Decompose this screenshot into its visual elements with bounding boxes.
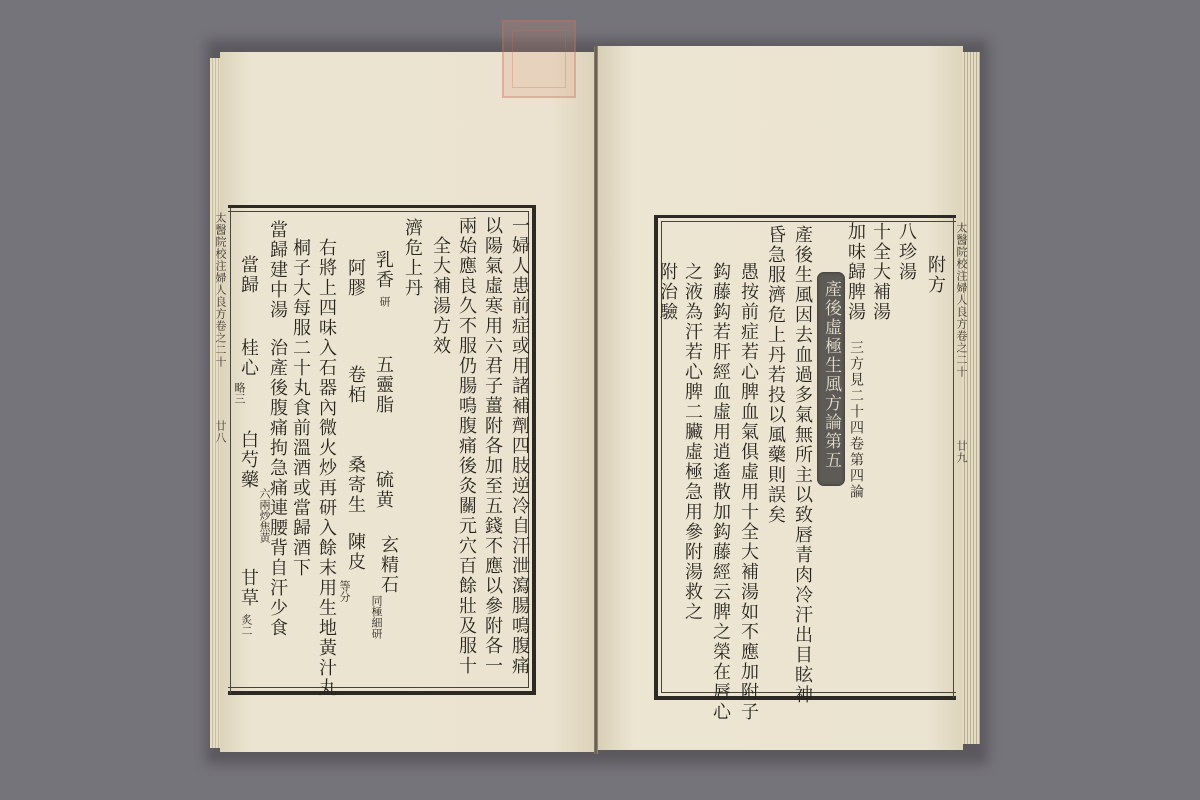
book-gutter [594, 46, 598, 754]
ingredient-note: 同極細研 [370, 595, 382, 639]
text-column: 之液為汗若心脾二臟虛極急用參附湯救之 [682, 262, 702, 622]
ingredient: 玄精石 [378, 535, 398, 595]
ingredient-note: 等分 [338, 580, 350, 602]
ingredient: 卷栢 [345, 365, 365, 405]
ingredient-note: 研 [378, 296, 390, 307]
cross-reference-note: 三方見二十四卷第四論 [848, 340, 864, 500]
text-column: 鈎藤鈎若肝經血虛用逍遙散加鈎藤經云脾之榮在唇心 [710, 262, 730, 722]
ingredient-note: 六兩炒焦黄 [246, 488, 270, 548]
ingredient: 桂心 [238, 338, 258, 378]
right-fold-rule [953, 218, 954, 698]
text-column: 右將上四味入石器內微火炒再研入餘末用生地黃汁丸 [316, 238, 336, 698]
ingredient: 桑寄生 [345, 455, 365, 515]
text-column: 兩始應良久不服仍腸鳴腹痛後灸關元穴百餘壯及服十 [456, 216, 476, 676]
ingredient: 甘草 [238, 568, 258, 608]
text-column: 產後生風因去血過多氣無所主以致唇青肉冷汗出目眩神 [792, 225, 812, 705]
chapter-label-block: 產後虛極生風方論第五 [817, 272, 845, 486]
text-column: 一婦人患前症或用諸補劑四肢逆冷自汗泄瀉腸鳴腹痛 [509, 216, 529, 676]
seal-inner-border [512, 30, 566, 88]
right-page-edges [962, 52, 980, 744]
text-column: 全大補湯方效 [430, 236, 450, 356]
formula-name: 加味歸脾湯 [845, 222, 865, 322]
ingredient: 陳皮 [345, 532, 365, 572]
text-column: 以陽氣虛寒用六君子薑附各加至五錢不應以參附各一 [482, 216, 502, 676]
ingredient: 白芍藥 [238, 430, 258, 490]
ingredient: 硫黄 [373, 470, 393, 510]
recipe-title: 濟危上丹 [402, 218, 422, 298]
ingredient-note: 炙二 [240, 614, 252, 636]
text-column: 愚按前症若心脾血氣俱虛用十全大補湯如不應加附子 [738, 262, 758, 722]
left-fold-title: 太醫院校注婦人良方卷之二十 [214, 212, 226, 368]
ingredient: 乳香 [373, 250, 393, 290]
formula-name: 八珍湯 [896, 222, 916, 282]
right-fold-page-number: 廿九 [955, 440, 967, 464]
left-fold-rule [230, 208, 231, 694]
library-seal-stamp [502, 20, 576, 98]
ingredient: 當歸 [238, 255, 258, 295]
left-fold-page-number: 廿八 [214, 420, 226, 444]
ingredient: 阿膠 [345, 258, 365, 298]
text-column: 桐子大每服二十丸食前溫酒或當歸酒下 [290, 238, 310, 578]
ingredient: 五靈脂 [373, 355, 393, 415]
section-heading: 附方 [925, 255, 945, 295]
chapter-label-text: 產後虛極生風方論第五 [821, 280, 841, 470]
ingredient-note: 略三 [233, 382, 245, 404]
formula-name: 十全大補湯 [870, 222, 890, 322]
section-heading: 附治驗 [657, 262, 677, 322]
right-fold-title: 太醫院校注婦人良方卷之二十 [955, 222, 967, 378]
recipe-title: 當歸建中湯 [267, 220, 287, 320]
text-column: 昏急服濟危上丹若投以風藥則誤矣 [765, 225, 785, 525]
